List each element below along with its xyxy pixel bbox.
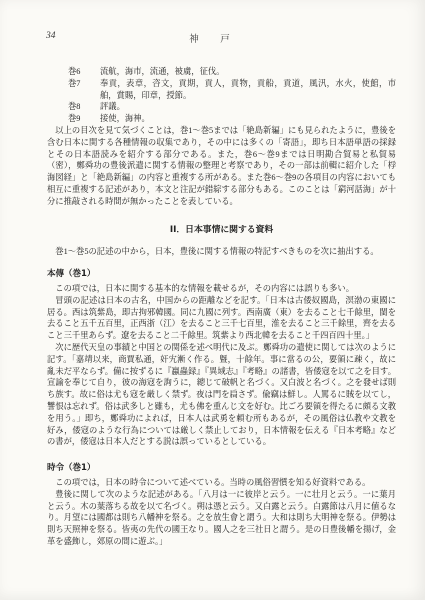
toc-entry-volume-9: 巻9 接使，海神。 (68, 113, 396, 125)
paragraph-section-intro: 巻1～巻5の記述の中から，日本，豊後に関する情報の特記すべきものを次に抽出する。 (47, 246, 396, 258)
page-body: 巻6 流航，海市，流通，被虜，征伐。 巻7 奉貢，表章，咨文，貢期，貢人，貢物，… (47, 66, 396, 548)
section-heading-japan-information: II．日本事情に関する資料 (47, 225, 396, 237)
paragraph-honden-2: 冒頭の記述は日本の古名，中国からの距離などを記す。「日本は古倭奴國島，溟渤の東國… (47, 295, 396, 342)
subheading-honden-vol1: 本傳（巻1） (47, 269, 396, 281)
paragraph-honden-1: この項では，日本に関する基本的な情報を載せるが，その内容には誤りも多い。 (47, 283, 396, 295)
toc-volume-items: 評議。 (100, 101, 396, 113)
paragraph-jirei-1: この項では，日本の時令について述べている。当時の風俗習慣を知る好資料である。 (47, 477, 396, 489)
paragraph-jirei-2: 豊後に関して次のような記述がある。「八月は一に彼岸と云う。一に壮月と云う。一に葉… (47, 489, 396, 548)
toc-volume-items: 接使，海神。 (100, 113, 396, 125)
toc-volume-label: 巻7 (68, 78, 100, 102)
toc-volume-label: 巻6 (68, 66, 100, 78)
toc-entry-volume-7: 巻7 奉貢，表章，咨文，貢期，貢人，貢物，貢船，貢道，風汛，水火，使館，市舶，賞… (68, 78, 396, 102)
toc-volume-items: 流航，海市，流通，被虜，征伐。 (100, 66, 396, 78)
paragraph-honden-3: 次に歴代天皇の事績と中国との関係を述べ明代に及ぶ。鄭舜功の遣使に関しては次のよう… (47, 342, 396, 448)
toc-entry-volume-6: 巻6 流航，海市，流通，被虜，征伐。 (68, 66, 396, 78)
scanned-book-page: 34 神 戸 巻6 流航，海市，流通，被虜，征伐。 巻7 奉貢，表章，咨文，貢期… (0, 0, 425, 600)
toc-volume-items: 奉貢，表章，咨文，貢期，貢人，貢物，貢船，貢道，風汛，水火，使館，市舶，賞賜，印… (100, 78, 396, 102)
subheading-jirei-vol1: 時令（巻1） (47, 463, 396, 475)
volume-contents-list: 巻6 流航，海市，流通，被虜，征伐。 巻7 奉貢，表章，咨文，貢期，貢人，貢物，… (68, 66, 396, 125)
toc-volume-label: 巻9 (68, 113, 100, 125)
paragraph-overview: 以上の目次を見て気づくことは，巻1～巻5までは「絶島新編」にも見られたように，豊… (47, 125, 396, 208)
running-header-title: 神 戸 (0, 31, 425, 45)
toc-volume-label: 巻8 (68, 101, 100, 113)
toc-entry-volume-8: 巻8 評議。 (68, 101, 396, 113)
